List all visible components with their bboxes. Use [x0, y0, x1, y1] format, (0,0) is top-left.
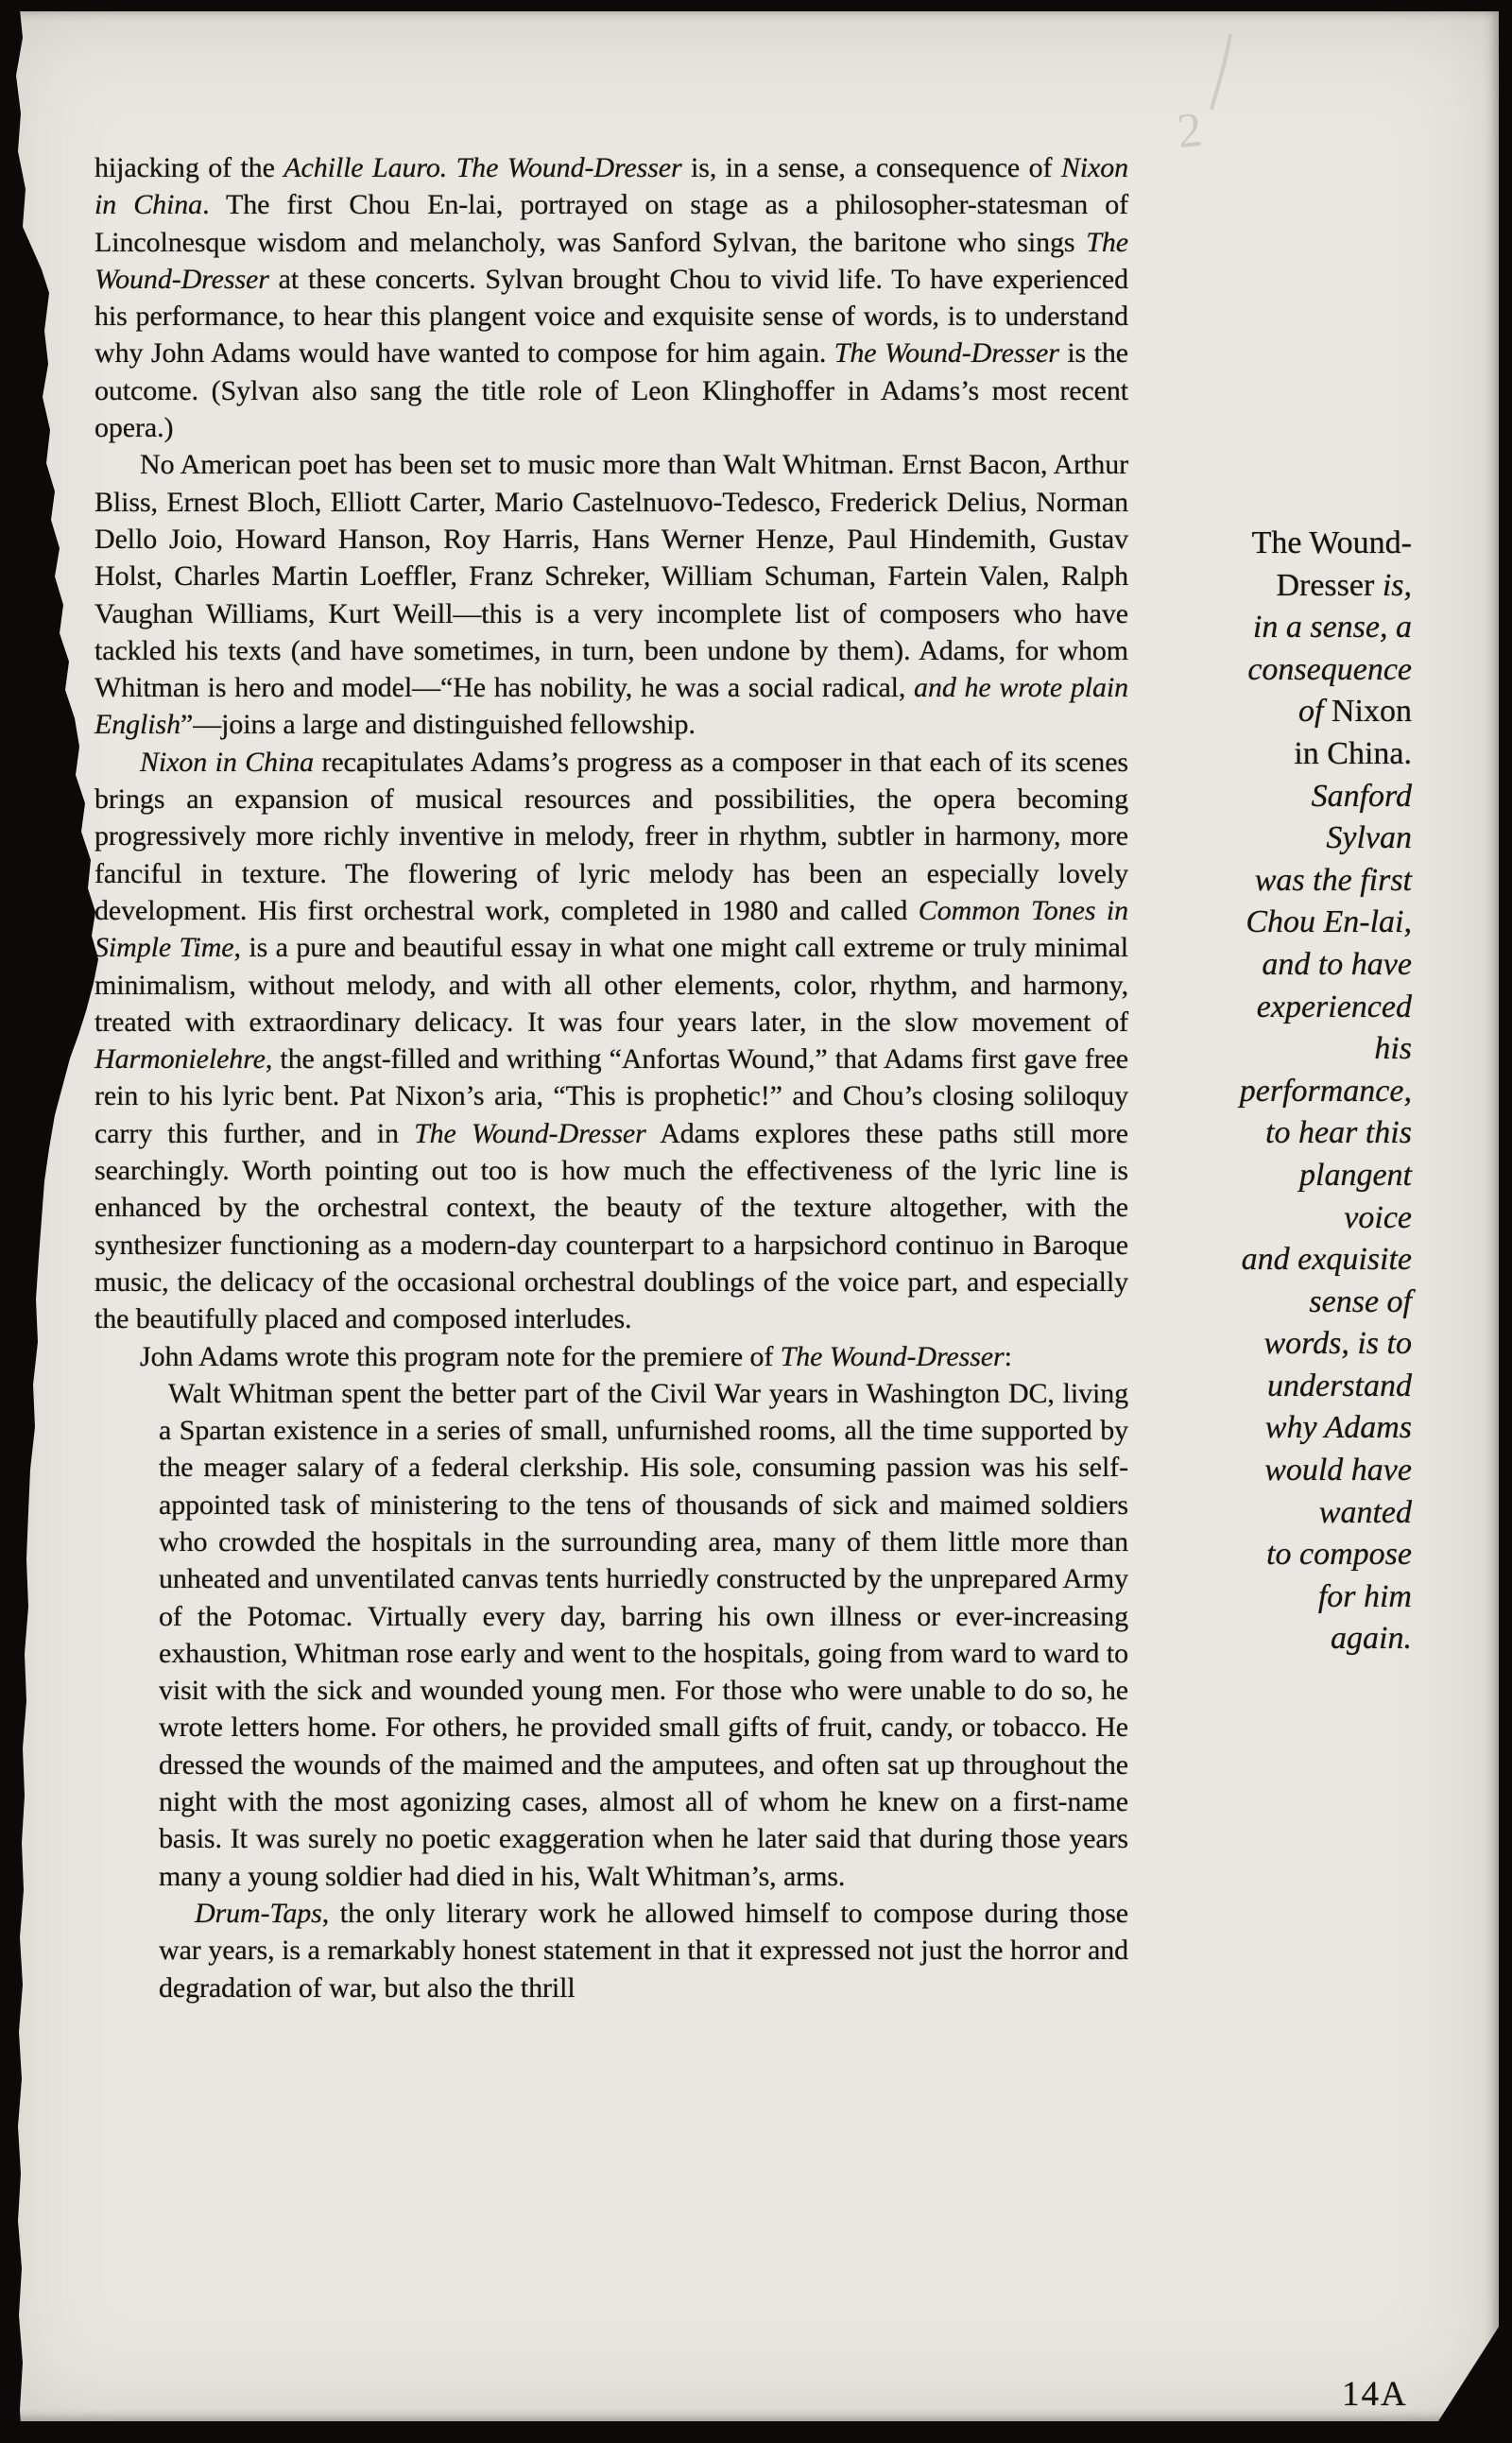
pull-quote-line: why Adams — [1132, 1407, 1412, 1450]
paragraph: Nixon in China recapitulates Adams’s pro… — [94, 744, 1128, 1338]
pull-quote-line: of Nixon — [1132, 691, 1412, 733]
pull-quote-line: again. — [1132, 1618, 1412, 1660]
pull-quote-line: Sanford — [1132, 776, 1412, 818]
paragraph: Drum-Taps, the only literary work he all… — [159, 1895, 1128, 2006]
pull-quote-line: consequence — [1132, 649, 1412, 692]
pencil-mark: 2 — [1170, 26, 1255, 159]
pull-quote-line: understand — [1132, 1366, 1412, 1408]
pull-quote-line: his — [1132, 1028, 1412, 1071]
torn-edge-left — [0, 0, 123, 2443]
paper: hijacking of the Achille Lauro. The Woun… — [0, 11, 1499, 2421]
pull-quote-line: was the first — [1132, 860, 1412, 903]
pull-quote-line: voice — [1132, 1197, 1412, 1240]
pull-quote-line: words, is to — [1132, 1323, 1412, 1366]
pull-quote-line: and to have — [1132, 944, 1412, 987]
scanned-page: hijacking of the Achille Lauro. The Woun… — [0, 0, 1512, 2443]
program-note-text: hijacking of the Achille Lauro. The Woun… — [94, 149, 1128, 2006]
pull-quote-line: performance, — [1132, 1071, 1412, 1113]
pull-quote-line: to compose — [1132, 1534, 1412, 1576]
pull-quote-line: Chou En-lai, — [1132, 902, 1412, 944]
corner-shadow — [1438, 2327, 1499, 2421]
pencil-numeral: 2 — [1175, 103, 1205, 159]
paragraph: Walt Whitman spent the better part of th… — [159, 1375, 1128, 1895]
pencil-slash — [1211, 34, 1230, 110]
pull-quote-line: Sylvan — [1132, 817, 1412, 860]
pull-quote-line: would have — [1132, 1450, 1412, 1492]
pull-quote-line: The Wound- — [1132, 523, 1412, 565]
pull-quote-line: in China. — [1132, 733, 1412, 776]
pull-quote-line: for him — [1132, 1576, 1412, 1619]
pull-quote-line: sense of — [1132, 1282, 1412, 1324]
pull-quote-line: to hear this — [1132, 1112, 1412, 1155]
pull-quote-line: Dresser is, — [1132, 565, 1412, 608]
pull-quote-line: in a sense, a — [1132, 607, 1412, 649]
paragraph: No American poet has been set to music m… — [94, 446, 1128, 743]
pull-quote-line: and exquisite — [1132, 1239, 1412, 1282]
paragraph: John Adams wrote this program note for t… — [94, 1338, 1128, 1375]
paragraph: hijacking of the Achille Lauro. The Woun… — [94, 149, 1128, 446]
pull-quote-line: experienced — [1132, 987, 1412, 1029]
pull-quote-line: plangent — [1132, 1155, 1412, 1197]
pull-quote-line: wanted — [1132, 1492, 1412, 1535]
page-number: 14A — [1342, 2374, 1408, 2415]
pull-quote: The Wound-Dresser is,in a sense, aconseq… — [1132, 523, 1412, 1660]
